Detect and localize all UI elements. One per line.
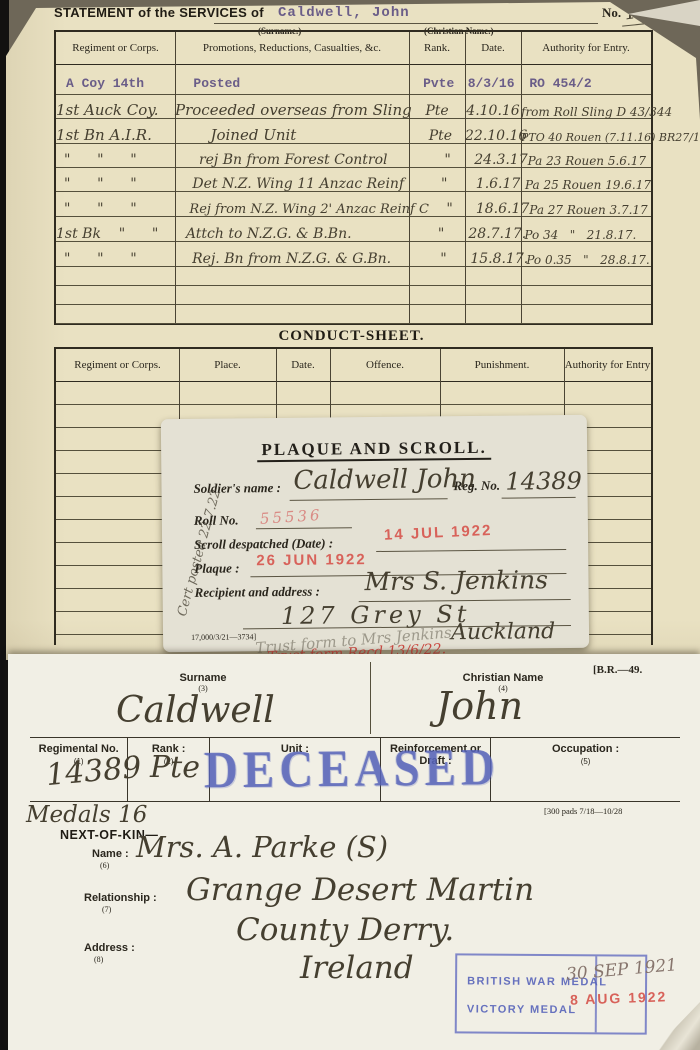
christian-name-handwritten: John xyxy=(436,684,523,728)
cell-regiment: " " " xyxy=(56,153,177,167)
address-label: Address : xyxy=(84,942,135,954)
cell-authority: RO 454/2 xyxy=(517,76,651,91)
recipient-value: Mrs S. Jenkins xyxy=(364,565,548,596)
plaque-title: PLAQUE AND SCROLL. xyxy=(257,438,491,462)
cell-rank: " xyxy=(414,227,469,241)
next-of-kin-form: [B.R.—49. Surname (3) Christian Name (4)… xyxy=(8,654,700,1050)
cell-promotion: Joined Unit xyxy=(160,128,415,143)
service-row: " " " rej Bn from Forest Control " 24.3.… xyxy=(56,144,651,168)
col-header: Date. xyxy=(276,359,330,371)
column-line xyxy=(409,32,410,323)
cell-date: 1.6.17 xyxy=(471,177,525,191)
services-header-row: Regiment or Corps. Promotions, Reduction… xyxy=(56,32,651,65)
col-label: Occupation : xyxy=(552,743,619,755)
col-header: Offence. xyxy=(330,359,440,371)
col-occupation: Occupation : (5) xyxy=(491,738,680,801)
plaque-title-wrap: PLAQUE AND SCROLL. xyxy=(161,437,587,461)
surname-label: Surname xyxy=(148,672,258,684)
recipient-address-line2: Auckland xyxy=(451,619,555,645)
empty-row xyxy=(56,305,651,324)
medals-note-handwritten: Medals 16 xyxy=(26,802,147,828)
reg-no-label: Reg. No. xyxy=(453,478,500,494)
name-divider-line xyxy=(370,662,371,734)
victory-issue-date-stamp: 8 AUG 1922 xyxy=(570,988,668,1007)
plaque-label: Plaque : xyxy=(194,560,239,576)
cell-regiment: 1st Bk " " xyxy=(56,227,172,241)
empty-row xyxy=(56,267,651,286)
col-header: Place. xyxy=(179,359,276,371)
col-header: Regiment or Corps. xyxy=(56,42,175,54)
conduct-sheet-title: CONDUCT-SHEET. xyxy=(54,328,649,345)
col-header: Authority for Entry. xyxy=(521,42,651,54)
cell-promotion: rej Bn from Forest Control xyxy=(177,153,421,167)
soldier-name-label: Soldier's name : xyxy=(193,480,281,497)
services-typed-row: A Coy 14th Posted Pvte 8/3/16 RO 454/2 xyxy=(56,65,651,95)
cell-date: 8/3/16 xyxy=(465,76,517,91)
cell-authority: from Roll Sling D 43/344 xyxy=(521,106,651,118)
service-row: " " " Det N.Z. Wing 11 Anzac Reinf " 1.6… xyxy=(56,168,651,192)
cell-rank: Pte xyxy=(416,129,465,143)
scroll-date-stamp: 14 JUL 1922 xyxy=(384,522,493,544)
cell-regiment: A Coy 14th xyxy=(56,76,177,91)
empty-row xyxy=(56,286,651,305)
empty-row xyxy=(56,382,651,405)
cell-rank: " xyxy=(423,202,475,216)
reg-no-value: 14389 xyxy=(505,467,582,496)
cell-rank: Pvte xyxy=(412,76,464,91)
cell-authority: Pa 27 Rouen 3.7.17 xyxy=(529,204,651,216)
scroll-despatched-label: Scroll despatched (Date) : xyxy=(194,535,333,552)
cell-date: 22.10.16 xyxy=(465,129,521,143)
deceased-stamp: DECEASED xyxy=(204,737,501,801)
cell-promotion: Posted xyxy=(177,76,412,91)
cell-authority: PTO 40 Rouen (7.11.16) BR27/10 xyxy=(521,132,651,143)
service-row: " " " Rej. Bn from N.Z.G. & G.Bn. " 15.8… xyxy=(56,242,651,267)
col-header: Punishment. xyxy=(440,359,564,371)
cell-rank: Pte xyxy=(409,104,465,118)
cell-date: 28.7.17. xyxy=(468,227,524,241)
cell-promotion: Proceeded overseas from Sling xyxy=(175,103,409,118)
cell-rank: " xyxy=(421,153,474,167)
rank-handwritten: Pte xyxy=(150,750,200,785)
cell-regiment: " " " xyxy=(56,177,178,191)
relationship-label: Relationship : xyxy=(84,892,157,904)
cell-date: 24.3.17 xyxy=(474,153,527,167)
cell-promotion: Det N.Z. Wing 11 Anzac Reinf xyxy=(178,177,417,191)
nok-address-line1-handwritten: Grange Desert Martin xyxy=(186,872,534,908)
roll-no-value: 55536 xyxy=(259,506,323,528)
plaque-date-stamp: 26 JUN 1922 xyxy=(256,551,367,569)
form-code: [B.R.—49. xyxy=(593,664,642,676)
address-num: (8) xyxy=(94,955,103,964)
surname-handwritten: Caldwell xyxy=(116,690,275,731)
christian-name-label: Christian Name xyxy=(438,672,568,684)
col-header: Date. xyxy=(465,42,521,54)
conduct-header-row: Regiment or Corps. Place. Date. Offence.… xyxy=(56,349,651,382)
relationship-num: (7) xyxy=(102,905,111,914)
cell-promotion: Attch to N.Z.G. & B.Bn. xyxy=(172,227,414,241)
cell-regiment: 1st Bn A.I.R. xyxy=(56,128,160,143)
scanned-document-page: STATEMENT of the SERVICES of Caldwell, J… xyxy=(0,0,700,1050)
roll-no-label: Roll No. xyxy=(194,512,239,528)
cell-regiment: " " " xyxy=(56,202,175,216)
cell-date: 15.8.17. xyxy=(470,252,526,266)
cell-promotion: Rej. Bn from N.Z.G. & G.Bn. xyxy=(178,252,416,266)
soldier-name-value: Caldwell John xyxy=(293,464,476,496)
cell-authority: Pa 23 Rouen 5.6.17 xyxy=(528,155,651,167)
pads-print-code: [300 pads 7/18—10/28 xyxy=(544,806,622,816)
statement-title: STATEMENT of the SERVICES of xyxy=(54,5,264,20)
recipient-label: Recipient and address : xyxy=(195,584,320,601)
cell-authority: Po 34 " 21.8.17. xyxy=(524,229,651,241)
cell-regiment: " " " xyxy=(56,252,178,266)
name-underline xyxy=(214,23,598,24)
column-line xyxy=(521,32,522,323)
nok-name-label: Name : xyxy=(92,848,129,860)
nok-address-line2-handwritten: County Derry. xyxy=(236,912,454,948)
col-header: Authority for Entry xyxy=(564,359,651,371)
nok-name-num: (6) xyxy=(100,861,109,870)
cell-date: 4.10.16 xyxy=(465,104,521,118)
card-print-code: 17,000/3/21—3734] xyxy=(191,632,256,642)
soldier-name-typed: Caldwell, John xyxy=(278,5,410,21)
service-row: " " " Rej from N.Z. Wing 2' Anzac Reinf … xyxy=(56,192,651,217)
folded-corner xyxy=(654,1002,700,1050)
col-header: Rank. xyxy=(409,42,465,54)
plaque-and-scroll-card: Cert posted 22.7.22 PLAQUE AND SCROLL. S… xyxy=(161,415,589,652)
victory-medal-stamp-text: VICTORY MEDAL xyxy=(467,1003,577,1016)
nok-address-line3-handwritten: Ireland xyxy=(300,950,414,986)
services-table: Regiment or Corps. Promotions, Reduction… xyxy=(54,30,653,325)
cell-rank: " xyxy=(417,177,471,191)
col-header: Regiment or Corps. xyxy=(56,359,179,371)
service-row: 1st Bn A.I.R. Joined Unit Pte 22.10.16 P… xyxy=(56,119,651,144)
cell-rank: " xyxy=(417,252,471,266)
col-num: (5) xyxy=(581,757,591,766)
column-line xyxy=(175,32,176,323)
no-label: No. xyxy=(602,5,621,21)
cell-promotion: Rej from N.Z. Wing 2' Anzac Reinf C xyxy=(175,203,423,216)
col-header: Promotions, Reductions, Casualties, &c. xyxy=(175,42,409,54)
cell-authority: Po 0.35 " 28.8.17. xyxy=(526,254,651,266)
nok-name-handwritten: Mrs. A. Parke (S) xyxy=(136,830,388,864)
column-line xyxy=(465,32,466,323)
service-row: 1st Bk " " Attch to N.Z.G. & B.Bn. " 28.… xyxy=(56,217,651,242)
service-row: 1st Auck Coy. Proceeded overseas from Sl… xyxy=(56,95,651,119)
cell-regiment: 1st Auck Coy. xyxy=(56,103,175,118)
cell-authority: Pa 25 Rouen 19.6.17 xyxy=(525,179,651,191)
